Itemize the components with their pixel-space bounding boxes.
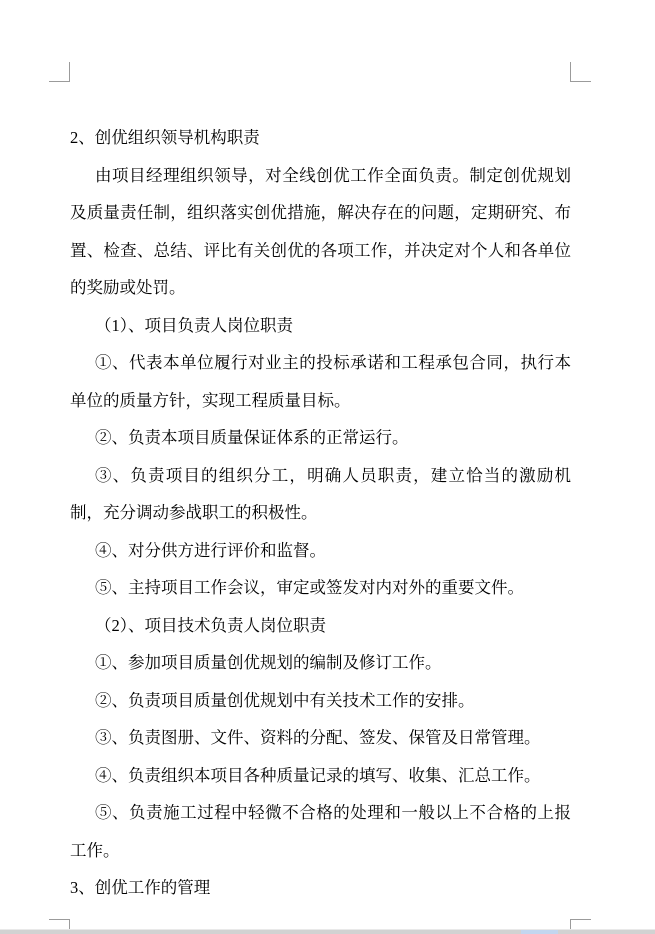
paragraph-intro: 由项目经理组织领导，对全线创优工作全面负责。制定创优规划及质量责任制，组织落实创…	[70, 157, 571, 307]
list-item: ①、代表本单位履行对业主的投标承诺和工程承包合同，执行本单位的质量方针，实现工程…	[70, 344, 571, 419]
list-item: ⑤、主持项目工作会议，审定或签发对内对外的重要文件。	[70, 569, 571, 607]
horizontal-scrollbar-thumb[interactable]	[521, 930, 558, 934]
list-item: ⑤、负责施工过程中轻微不合格的处理和一般以上不合格的上报工作。	[70, 794, 571, 869]
heading-section-2: 2、创优组织领导机构职责	[70, 119, 571, 157]
list-item: ②、负责本项目质量保证体系的正常运行。	[70, 419, 571, 457]
margin-crop-mark-top-left	[49, 62, 70, 82]
list-item: ③、负责项目的组织分工，明确人员职责，建立恰当的激励机制，充分调动参战职工的积极…	[70, 457, 571, 532]
subheading-tech-leader-duties: （2）、项目技术负责人岗位职责	[70, 607, 571, 645]
heading-section-3: 3、创优工作的管理	[70, 869, 571, 907]
list-item: ③、负责图册、文件、资料的分配、签发、保管及日常管理。	[70, 719, 571, 757]
list-item: ④、对分供方进行评价和监督。	[70, 532, 571, 570]
subheading-project-leader-duties: （1）、项目负责人岗位职责	[70, 307, 571, 345]
horizontal-scrollbar-track[interactable]	[0, 929, 655, 934]
list-item: ④、负责组织本项目各种质量记录的填写、收集、汇总工作。	[70, 757, 571, 795]
list-item: ①、参加项目质量创优规划的编制及修订工作。	[70, 644, 571, 682]
document-page: 2、创优组织领导机构职责 由项目经理组织领导，对全线创优工作全面负责。制定创优规…	[0, 0, 655, 934]
document-body[interactable]: 2、创优组织领导机构职责 由项目经理组织领导，对全线创优工作全面负责。制定创优规…	[70, 119, 571, 907]
list-item: ②、负责项目质量创优规划中有关技术工作的安排。	[70, 682, 571, 720]
margin-crop-mark-top-right	[570, 62, 591, 82]
